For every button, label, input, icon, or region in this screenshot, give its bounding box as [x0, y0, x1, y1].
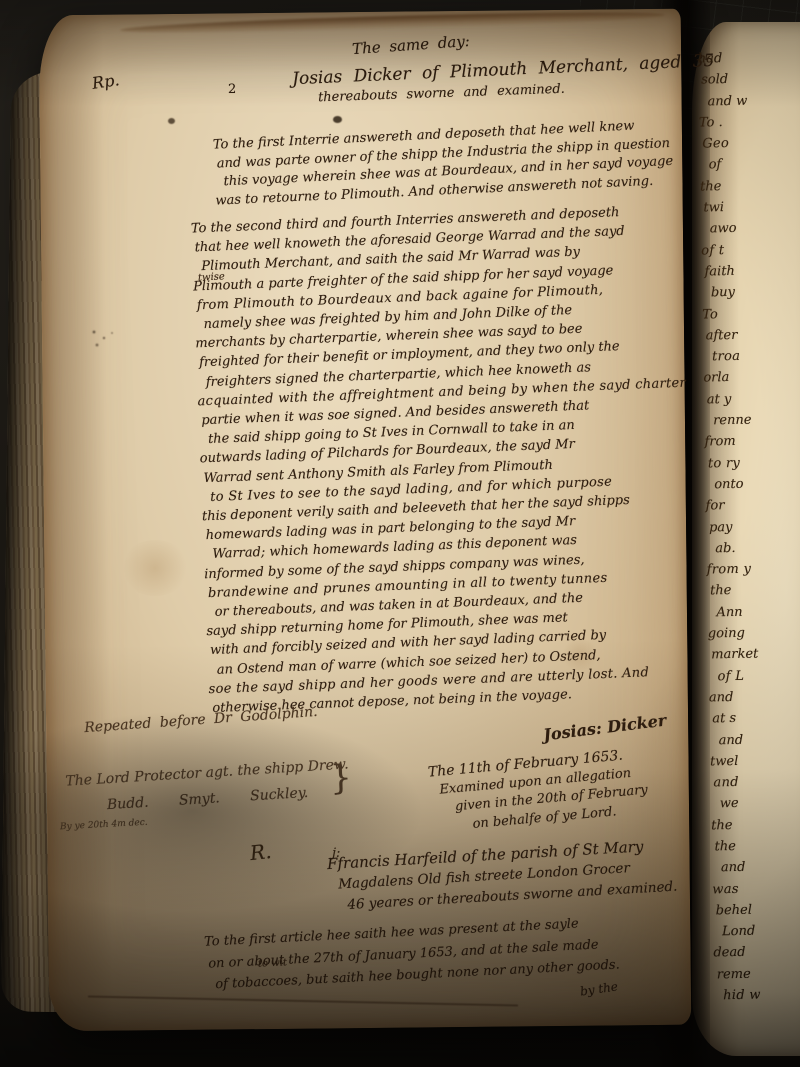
manuscript-line: the — [711, 814, 761, 836]
manuscript-line: awo — [710, 218, 751, 240]
margin-mark-rp: Rp. — [91, 70, 121, 93]
ink-blot — [168, 118, 175, 124]
manuscript-line: and — [709, 686, 759, 708]
manuscript-line: twi — [703, 197, 750, 219]
manuscript-line: Geo — [702, 133, 749, 155]
manuscript-line: for — [705, 495, 755, 517]
manuscript-line: faith — [704, 261, 751, 283]
manuscript-line: and — [719, 729, 760, 751]
manuscript-photo-scene: The same day: Rp. 2 Josias Dicker of Pli… — [0, 0, 800, 1067]
manuscript-line: and — [721, 857, 762, 879]
manuscript-line: at s — [712, 708, 759, 730]
manuscript-line: onto — [714, 474, 755, 496]
manuscript-line: renne — [713, 410, 754, 432]
manuscript-line: had — [698, 48, 748, 70]
manuscript-line: ab. — [715, 537, 756, 559]
manuscript-line: and — [713, 772, 760, 794]
manuscript-line: of t — [701, 239, 751, 261]
foxing-stain — [120, 540, 190, 596]
manuscript-line: Lond — [722, 921, 763, 943]
manuscript-line: the — [710, 580, 757, 602]
manuscript-line: pay — [709, 516, 756, 538]
manuscript-line: from — [704, 431, 754, 453]
margin-mark-r: R. — [249, 839, 273, 865]
manuscript-line: the — [700, 175, 750, 197]
manuscript-line: behel — [716, 899, 763, 921]
ink-spatter-cluster — [88, 326, 122, 352]
manuscript-line: buy — [711, 282, 752, 304]
manuscript-line: of L — [717, 665, 758, 687]
manuscript-line: reme — [717, 963, 764, 985]
manuscript-line: Ann — [716, 601, 757, 623]
manuscript-line: at y — [707, 388, 754, 410]
manuscript-line: going — [708, 623, 758, 645]
ink-blot — [333, 116, 342, 123]
manuscript-line: To . — [699, 112, 749, 134]
manuscript-line: we — [720, 793, 761, 815]
manuscript-line: the — [714, 836, 761, 858]
interlined-insertion: twise — [198, 271, 225, 283]
manuscript-line: To — [702, 303, 752, 325]
manuscript-line: sold — [701, 69, 748, 91]
manuscript-line: from y — [707, 559, 757, 581]
interlined-insertion: to wit — [258, 957, 288, 970]
manuscript-line: after — [705, 324, 752, 346]
manuscript-line: market — [711, 644, 758, 666]
folio-number: 2 — [228, 82, 236, 97]
manuscript-line: to ry — [708, 452, 755, 474]
manuscript-line: was — [712, 878, 762, 900]
manuscript-line: orla — [703, 367, 753, 389]
manuscript-line: and w — [707, 90, 748, 112]
manuscript-line: twel — [710, 750, 760, 772]
manuscript-line: hid w — [723, 985, 764, 1007]
deposition-paragraph-2: To the second third and fourth Interries… — [191, 201, 695, 719]
manuscript-line: troa — [712, 346, 753, 368]
manuscript-line: dead — [713, 942, 763, 964]
case-brace: } — [329, 758, 352, 799]
manuscript-line: of — [708, 154, 749, 176]
